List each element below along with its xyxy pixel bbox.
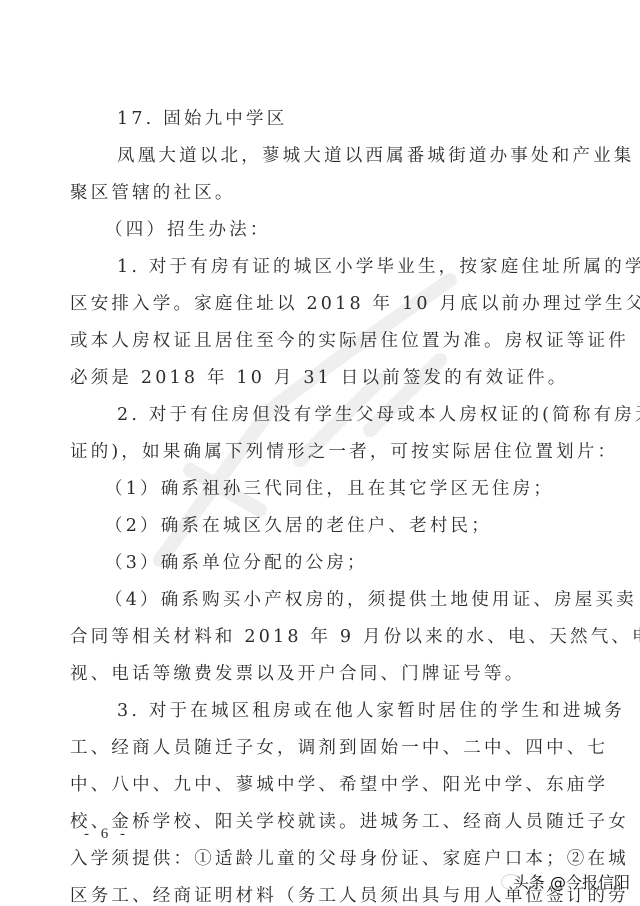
paragraph-line: 证的)，如果确属下列情形之一者，可按实际居住位置划片： [70, 441, 618, 463]
source-watermark: 头条 @今报信阳 [501, 870, 630, 893]
paragraph-line: 2. 对于有住房但没有学生父母或本人房权证的(简称有房无 [117, 404, 640, 426]
section-heading: 17. 固始九中学区 [117, 108, 287, 130]
paragraph-line: 合同等相关材料和 2018 年 9 月份以来的水、电、天然气、电 [70, 626, 640, 648]
paragraph-line: 1. 对于有房有证的城区小学毕业生，按家庭住址所属的学 [117, 256, 640, 278]
paragraph-line: 视、电话等缴费发票以及开户合同、门牌证号等。 [70, 663, 525, 685]
paragraph-line: 区安排入学。家庭住址以 2018 年 10 月底以前办理过学生父母 [70, 293, 640, 315]
section-heading: （四）招生办法： [105, 219, 271, 241]
paragraph-line: 凤凰大道以北，蓼城大道以西属番城街道办事处和产业集 [117, 145, 635, 167]
list-item: （1）确系祖孙三代同住，且在其它学区无住房； [105, 478, 554, 500]
paragraph-line: 3. 对于在城区租房或在他人家暂时居住的学生和进城务 [117, 700, 625, 722]
paragraph-line: 入学须提供：①适龄儿童的父母身份证、家庭户口本；②在城 [70, 848, 629, 870]
paragraph-line: 或本人房权证且居住至今的实际居住位置为准。房权证等证件 [70, 330, 629, 352]
list-item: （2）确系在城区久居的老住户、老村民； [105, 515, 492, 537]
list-item: （3）确系单位分配的公房； [105, 552, 368, 574]
page-number: - 6 - [84, 826, 129, 843]
paragraph-line: 工、经商人员随迁子女，调剂到固始一中、二中、四中、七 [70, 737, 608, 759]
paragraph-line: 校、金桥学校、阳关学校就读。进城务工、经商人员随迁子女 [70, 811, 629, 833]
paragraph-line: 聚区管辖的社区。 [70, 182, 236, 204]
list-item: （4）确系购买小产权房的，须提供土地使用证、房屋买卖 [105, 589, 637, 611]
paragraph-line: 中、八中、九中、蓼城中学、希望中学、阳光中学、东庙学 [70, 774, 608, 796]
paragraph-line: 必须是 2018 年 10 月 31 日以前签发的有效证件。 [70, 367, 568, 389]
chat-bubble-icon [501, 874, 521, 890]
document-page: 17. 固始九中学区 凤凰大道以北，蓼城大道以西属番城街道办事处和产业集 聚区管… [0, 0, 640, 906]
source-watermark-text: 头条 @今报信阳 [513, 870, 630, 893]
